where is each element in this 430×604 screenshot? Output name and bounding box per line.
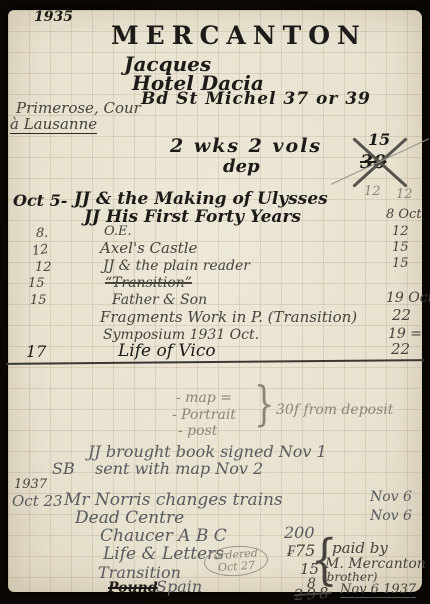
paid-by-line1: paid by [332,541,388,556]
loan-date: 17 [26,344,46,360]
loan-return: Nov 6 [370,509,412,523]
member-surname: MERCANTON [111,23,367,48]
loan-return: 22 [392,308,411,323]
loan-amount: 200 [284,525,315,541]
loan-title-struck: Pound [108,581,158,595]
pencil-memo-post: - post [178,424,217,438]
note-lausanne: à Lausanne [10,117,97,134]
section-divider-line [6,359,424,365]
pencil-amount-12: 12 [364,185,381,198]
note-jj-brought-book: JJ brought book signed Nov 1 [88,444,327,460]
ordered-badge: ordered Oct 27 [203,544,269,579]
loan-return: Nov 6 [370,490,412,504]
pencil-brace: } [254,381,274,427]
loan-date: Oct 5- [13,193,67,209]
subscription-terms: 2 wks 2 vols [170,137,322,156]
loan-title: Spain [156,579,202,595]
loan-title-struck: “Transition” [105,276,192,290]
loan-return: 19 = [388,327,422,341]
loan-date: 12 [31,243,49,258]
ordered-badge-line2: Oct 27 [214,560,259,575]
address-line-2: Bd St Michel 37 or 39 [141,91,371,108]
loan-title: JJ & the Making of Ulysses [74,191,328,208]
pencil-memo-amount: 30f from deposit [276,403,393,417]
loan-title: Father & Son [112,293,207,307]
loan-return: 19 Oct [386,291,430,305]
year-1937: 1937 [14,478,47,491]
loan-title: Symposium 1931 Oct. [103,328,259,342]
loan-return: 22 [391,342,410,357]
scanned-card-photo: 1935 MERCANTON Jacques Hotel Dacia Bd St… [0,0,430,604]
pencil-memo-portrait: - Portrait [172,408,236,422]
crossed-total: 298 [294,586,333,604]
loan-title: Fragments Work in P. (Transition) [100,310,357,325]
loan-return: 15 [392,241,409,254]
note-sb-sent-map: SB sent with map Nov 2 [52,461,263,477]
loan-date: 8. [36,227,48,240]
loan-title: Life of Vico [118,343,216,360]
paid-by-line2: M. Mercanton [325,557,426,571]
paid-by-date: Nov 6 1937 [340,583,416,598]
note-primerose: Primerose, Cour [16,101,141,116]
loan-return: 8 Oct [386,208,422,221]
loan-date: 15 [30,294,47,307]
loan-title: Dead Centre [75,510,184,527]
loan-title: O.E. [104,225,132,238]
loan-return: 15 [392,257,409,270]
loan-title: Chaucer A B C [100,528,227,545]
loan-return: 12 [392,225,409,238]
deposit-label: dep [223,158,260,176]
library-card: 1935 MERCANTON Jacques Hotel Dacia Bd St… [8,10,422,592]
loan-return: 12 [396,188,413,201]
loan-date: 15 [28,277,45,290]
loan-date: Oct 23 [12,494,63,509]
loan-title: Axel's Castle [100,241,197,256]
accession-number: 1935 [34,10,73,24]
pencil-memo-map: - map = [176,391,232,405]
loan-title: JJ & the plain reader [103,259,250,273]
loan-title: Mr Norris changes trains [64,492,283,509]
loan-date: 12 [35,261,52,274]
